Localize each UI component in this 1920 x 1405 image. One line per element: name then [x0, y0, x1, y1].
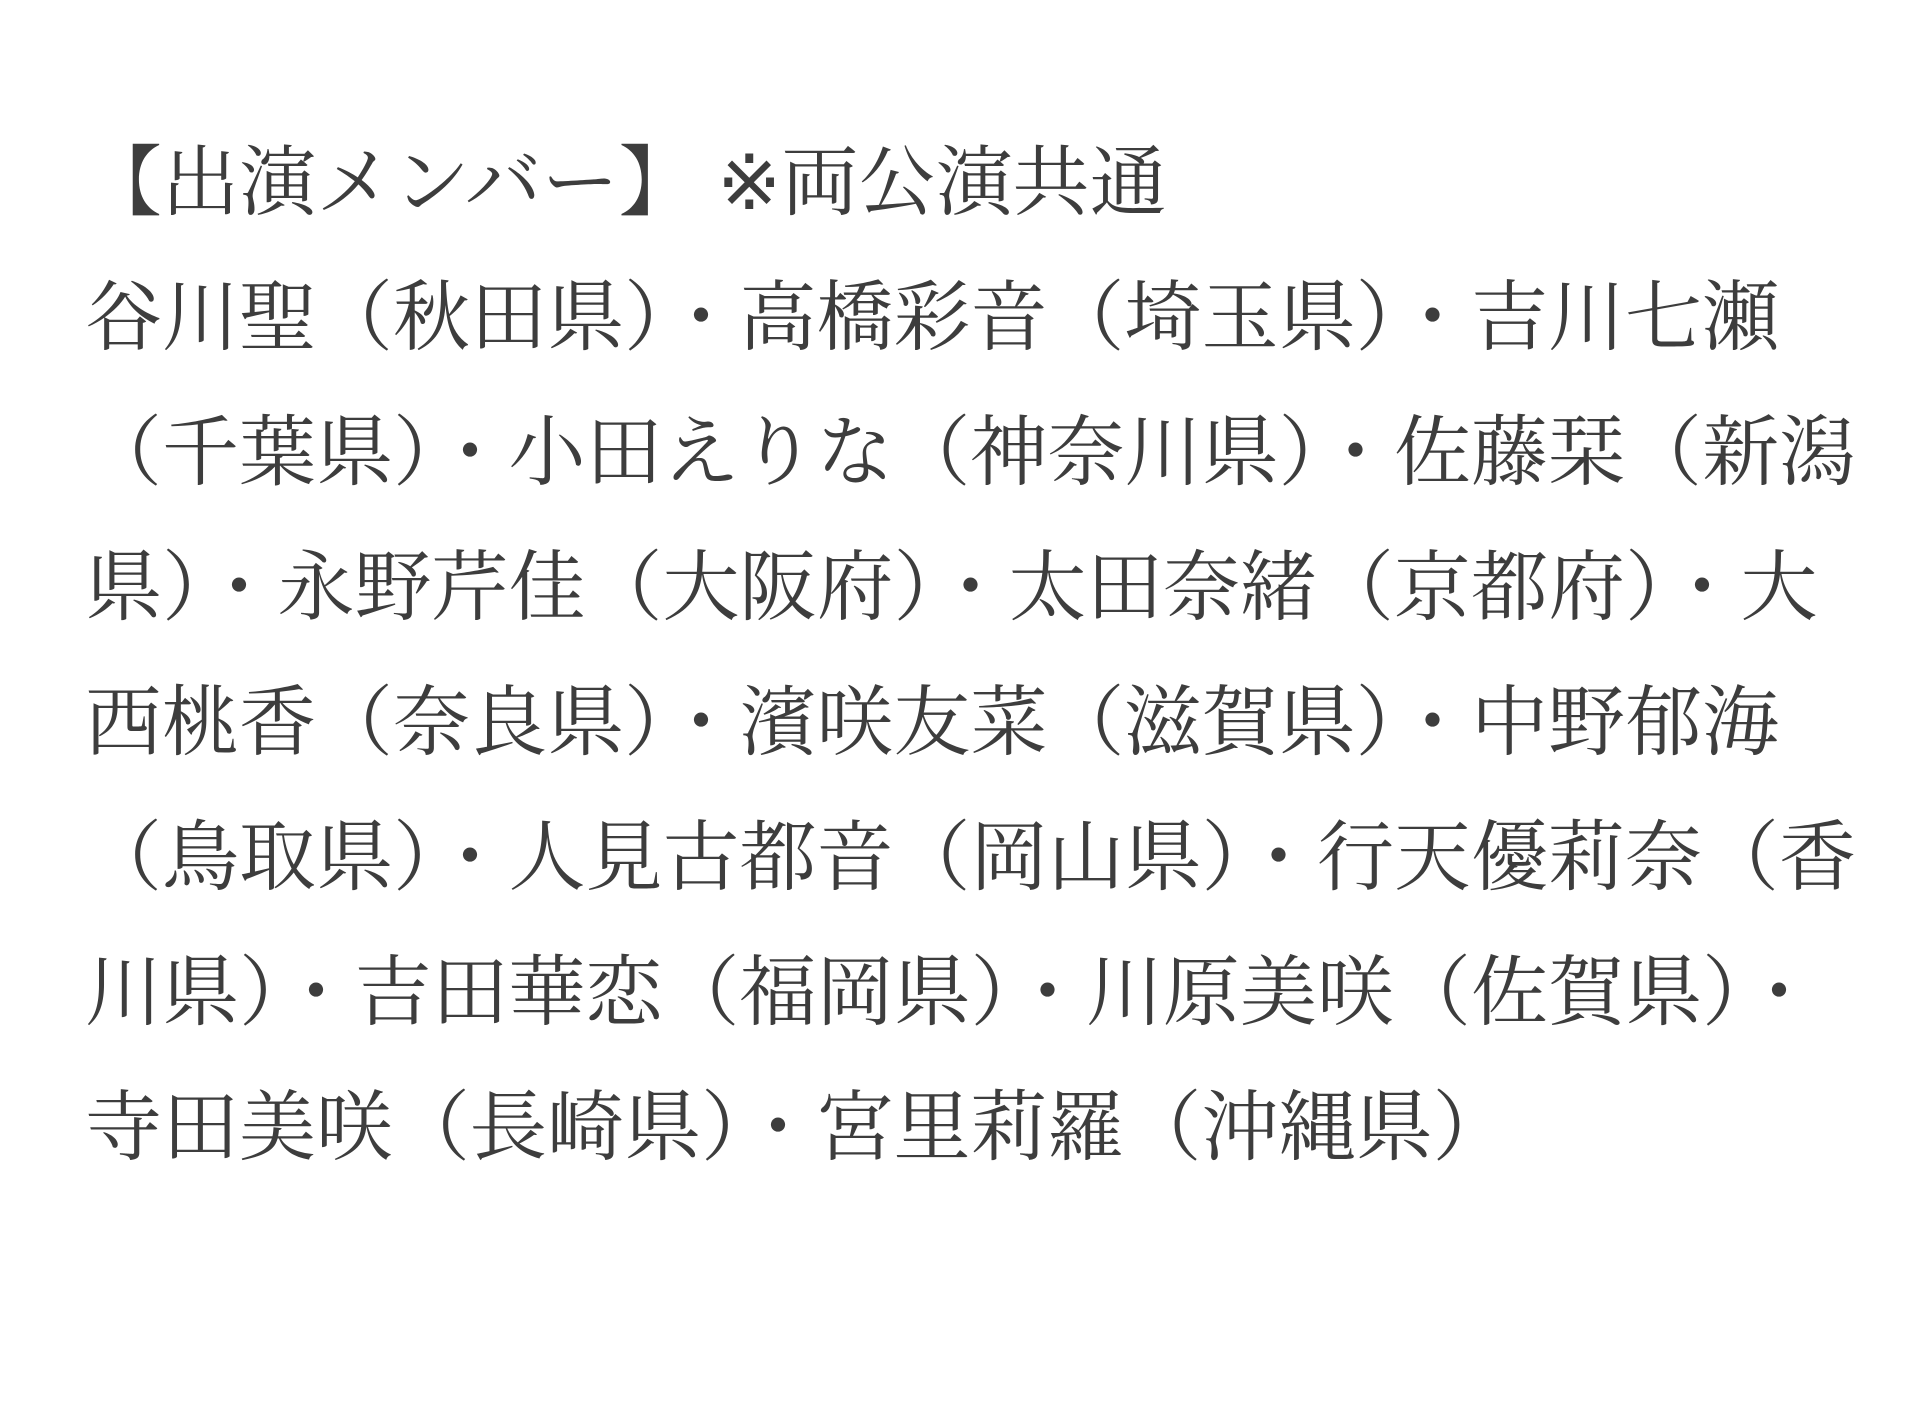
cast-announcement: 【出演メンバー】 ※両公演共通 谷川聖（秋田県）・高橋彩音（埼玉県）・吉川七瀬（… — [0, 0, 1879, 1196]
page: { "page": { "background_color": "#ffffff… — [0, 0, 1920, 1405]
cast-heading: 【出演メンバー】 ※両公演共通 — [85, 116, 1879, 251]
cast-member-list: 谷川聖（秋田県）・高橋彩音（埼玉県）・吉川七瀬（千葉県）・小田えりな（神奈川県）… — [85, 251, 1879, 1196]
